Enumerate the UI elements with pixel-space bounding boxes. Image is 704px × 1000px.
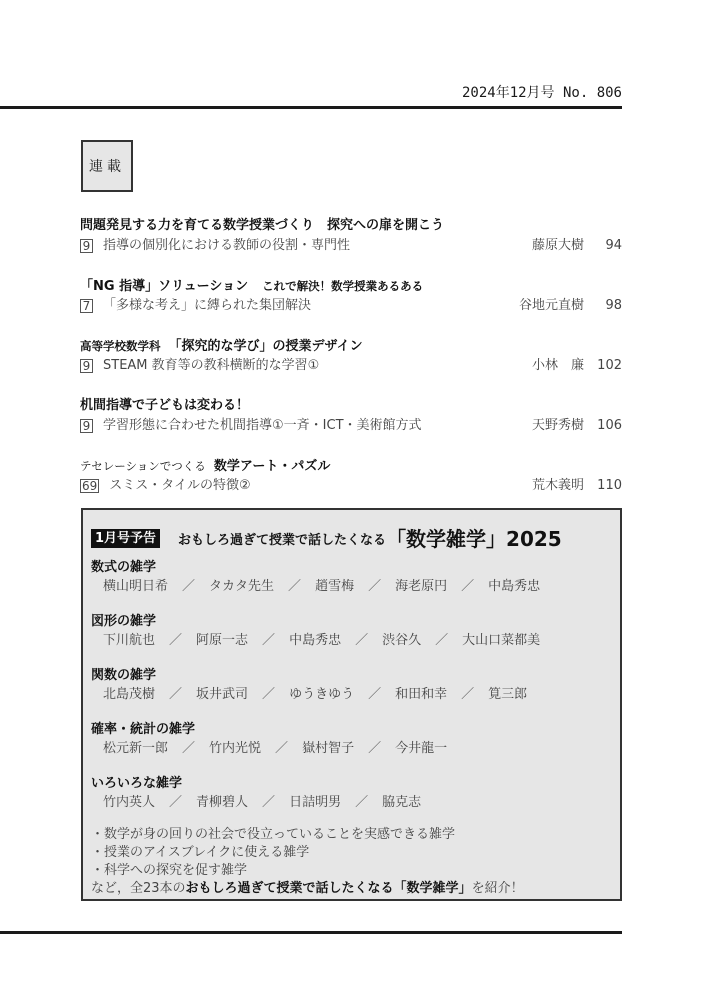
contributor-name: 横山明日希 [103, 579, 168, 594]
page-number: 98 [584, 296, 622, 316]
closing-pre: など，全23本の [91, 881, 186, 896]
article-row[interactable]: 9 STEAM 教育等の教科横断的な学習① 小林 廉 102 [80, 356, 622, 376]
separator: ／ [262, 633, 275, 648]
category-contributors: 北島茂樹／坂井武司／ゆうきゆう／和田和幸／筧三郎 [91, 685, 612, 704]
preview-category: 確率・統計の雑学松元新一郎／竹内光悦／嶽村智子／今井龍一 [91, 720, 612, 758]
contributor-name: 筧三郎 [488, 687, 527, 702]
article-title: 指導の個別化における教師の役割・専門性 [103, 236, 484, 256]
series-item: 高等学校数学科「探究的な学び」の授業デザイン 9 STEAM 教育等の教科横断的… [80, 336, 622, 376]
installment-number: 69 [80, 479, 99, 493]
series-item: 机間指導で子どもは変わる！ 9 学習形態に合わせた机間指導①一斉・ICT・美術館… [80, 396, 622, 436]
contributor-name: タカタ先生 [209, 579, 274, 594]
preview-category: 図形の雑学下川航也／阿原一志／中島秀忠／渋谷久／大山口菜都美 [91, 612, 612, 650]
preview-categories: 数式の雑学横山明日希／タカタ先生／趙雪梅／海老原円／中島秀忠図形の雑学下川航也／… [91, 558, 612, 812]
series-title-text: 問題発見する力を育てる数学授業づくり 探究への扉を開こう [80, 218, 444, 233]
series-title: 机間指導で子どもは変わる！ [80, 396, 622, 416]
preview-header: 1月号予告 おもしろ過ぎて授業で話したくなる 「数学雑学」2025 [91, 522, 612, 552]
preview-category: 数式の雑学横山明日希／タカタ先生／趙雪梅／海老原円／中島秀忠 [91, 558, 612, 596]
author: 谷地元直樹 [484, 296, 584, 316]
preview-main-title: 「数学雑学」2025 [386, 523, 562, 552]
article-row[interactable]: 69 スミス・タイルの特徴② 荒木義明 110 [80, 476, 622, 496]
bullet-item: ・科学への探究を促す雑学 [91, 862, 612, 880]
author: 小林 廉 [484, 356, 584, 376]
category-title: 関数の雑学 [91, 666, 612, 685]
contributor-name: 脇克志 [382, 795, 421, 810]
separator: ／ [182, 741, 195, 756]
category-title: いろいろな雑学 [91, 774, 612, 793]
author: 天野秀樹 [484, 416, 584, 436]
category-contributors: 横山明日希／タカタ先生／趙雪梅／海老原円／中島秀忠 [91, 577, 612, 596]
category-title: 図形の雑学 [91, 612, 612, 631]
preview-closing: など，全23本のおもしろ過ぎて授業で話したくなる「数学雑学」を紹介！ [91, 880, 612, 898]
page-number: 94 [584, 236, 622, 256]
separator: ／ [368, 579, 381, 594]
series-title: 問題発見する力を育てる数学授業づくり 探究への扉を開こう [80, 216, 622, 236]
issue-number: 2024年12月号 No. 806 [462, 82, 622, 102]
contributor-name: 竹内英人 [103, 795, 155, 810]
contributor-name: 渋谷久 [382, 633, 421, 648]
installment-number: 9 [80, 359, 93, 373]
bottom-rule-divider [0, 931, 622, 934]
article-title: STEAM 教育等の教科横断的な学習① [103, 356, 484, 376]
contributor-name: 青柳碧人 [196, 795, 248, 810]
separator: ／ [368, 741, 381, 756]
closing-post: を紹介！ [472, 881, 524, 896]
bullet-item: ・授業のアイスブレイクに使える雑学 [91, 844, 612, 862]
series-prefix: テセレーションでつくる [80, 459, 206, 473]
series-title-text: 机間指導で子どもは変わる！ [80, 398, 249, 413]
author: 荒木義明 [484, 476, 584, 496]
contributor-name: 北島茂樹 [103, 687, 155, 702]
separator: ／ [288, 579, 301, 594]
article-title: 「多様な考え」に縛られた集団解決 [103, 296, 484, 316]
preview-lead: おもしろ過ぎて授業で話したくなる [178, 529, 386, 548]
contributor-name: 竹内光悦 [209, 741, 261, 756]
series-title: テセレーションでつくる数学アート・パズル [80, 456, 622, 476]
series-title: 高等学校数学科「探究的な学び」の授業デザイン [80, 336, 622, 356]
contributor-name: 阿原一志 [196, 633, 248, 648]
contributor-name: 和田和幸 [395, 687, 447, 702]
category-title: 数式の雑学 [91, 558, 612, 577]
page-number: 106 [584, 416, 622, 436]
separator: ／ [262, 795, 275, 810]
contributor-name: 下川航也 [103, 633, 155, 648]
series-item: 「NG 指導」ソリューションこれで解決！数学授業あるある 7 「多様な考え」に縛… [80, 276, 622, 316]
section-label-serial: 連載 [81, 140, 133, 192]
contributor-name: 中島秀忠 [488, 579, 540, 594]
separator: ／ [169, 795, 182, 810]
bullet-item: ・数学が身の回りの社会で役立っていることを実感できる雑学 [91, 826, 612, 844]
installment-number: 9 [80, 419, 93, 433]
article-title: 学習形態に合わせた机間指導①一斉・ICT・美術館方式 [103, 416, 484, 436]
series-title-text: 数学アート・パズル [214, 459, 331, 474]
series-subtitle: これで解決！数学授業あるある [262, 279, 423, 293]
article-row[interactable]: 7 「多様な考え」に縛られた集団解決 谷地元直樹 98 [80, 296, 622, 316]
separator: ／ [435, 633, 448, 648]
separator: ／ [355, 795, 368, 810]
article-title: スミス・タイルの特徴② [109, 476, 484, 496]
series-item: 問題発見する力を育てる数学授業づくり 探究への扉を開こう 9 指導の個別化におけ… [80, 216, 622, 256]
page-number: 102 [584, 356, 622, 376]
contributor-name: 松元新一郎 [103, 741, 168, 756]
contributor-name: 坂井武司 [196, 687, 248, 702]
closing-bold: おもしろ過ぎて授業で話したくなる「数学雑学」 [186, 881, 472, 896]
author: 藤原大樹 [484, 236, 584, 256]
separator: ／ [169, 687, 182, 702]
contributor-name: 日詰明男 [289, 795, 341, 810]
next-issue-preview-box: 1月号予告 おもしろ過ぎて授業で話したくなる 「数学雑学」2025 数式の雑学横… [81, 508, 622, 901]
series-title-text: 「NG 指導」ソリューション [80, 279, 248, 294]
preview-tag: 1月号予告 [91, 529, 160, 548]
category-contributors: 竹内英人／青柳碧人／日詰明男／脇克志 [91, 793, 612, 812]
series-prefix: 高等学校数学科 [80, 339, 161, 353]
installment-number: 7 [80, 299, 93, 313]
separator: ／ [169, 633, 182, 648]
contributor-name: 中島秀忠 [289, 633, 341, 648]
contributor-name: 嶽村智子 [302, 741, 354, 756]
contributor-name: 今井龍一 [395, 741, 447, 756]
separator: ／ [275, 741, 288, 756]
separator: ／ [461, 687, 474, 702]
contributor-name: 趙雪梅 [315, 579, 354, 594]
article-row[interactable]: 9 学習形態に合わせた机間指導①一斉・ICT・美術館方式 天野秀樹 106 [80, 416, 622, 436]
preview-category: いろいろな雑学竹内英人／青柳碧人／日詰明男／脇克志 [91, 774, 612, 812]
series-title: 「NG 指導」ソリューションこれで解決！数学授業あるある [80, 276, 622, 296]
series-title-text: 「探究的な学び」の授業デザイン [169, 339, 363, 354]
separator: ／ [355, 633, 368, 648]
separator: ／ [182, 579, 195, 594]
contributor-name: ゆうきゆう [289, 687, 354, 702]
preview-bullets: ・数学が身の回りの社会で役立っていることを実感できる雑学 ・授業のアイスブレイク… [91, 826, 612, 898]
contributor-name: 大山口菜都美 [462, 633, 540, 648]
serial-articles-list: 問題発見する力を育てる数学授業づくり 探究への扉を開こう 9 指導の個別化におけ… [80, 216, 622, 516]
separator: ／ [461, 579, 474, 594]
category-title: 確率・統計の雑学 [91, 720, 612, 739]
top-rule-divider [0, 106, 622, 109]
separator: ／ [368, 687, 381, 702]
preview-category: 関数の雑学北島茂樹／坂井武司／ゆうきゆう／和田和幸／筧三郎 [91, 666, 612, 704]
page-number: 110 [584, 476, 622, 496]
series-item: テセレーションでつくる数学アート・パズル 69 スミス・タイルの特徴② 荒木義明… [80, 456, 622, 496]
installment-number: 9 [80, 239, 93, 253]
separator: ／ [262, 687, 275, 702]
category-contributors: 松元新一郎／竹内光悦／嶽村智子／今井龍一 [91, 739, 612, 758]
article-row[interactable]: 9 指導の個別化における教師の役割・専門性 藤原大樹 94 [80, 236, 622, 256]
contributor-name: 海老原円 [395, 579, 447, 594]
category-contributors: 下川航也／阿原一志／中島秀忠／渋谷久／大山口菜都美 [91, 631, 612, 650]
